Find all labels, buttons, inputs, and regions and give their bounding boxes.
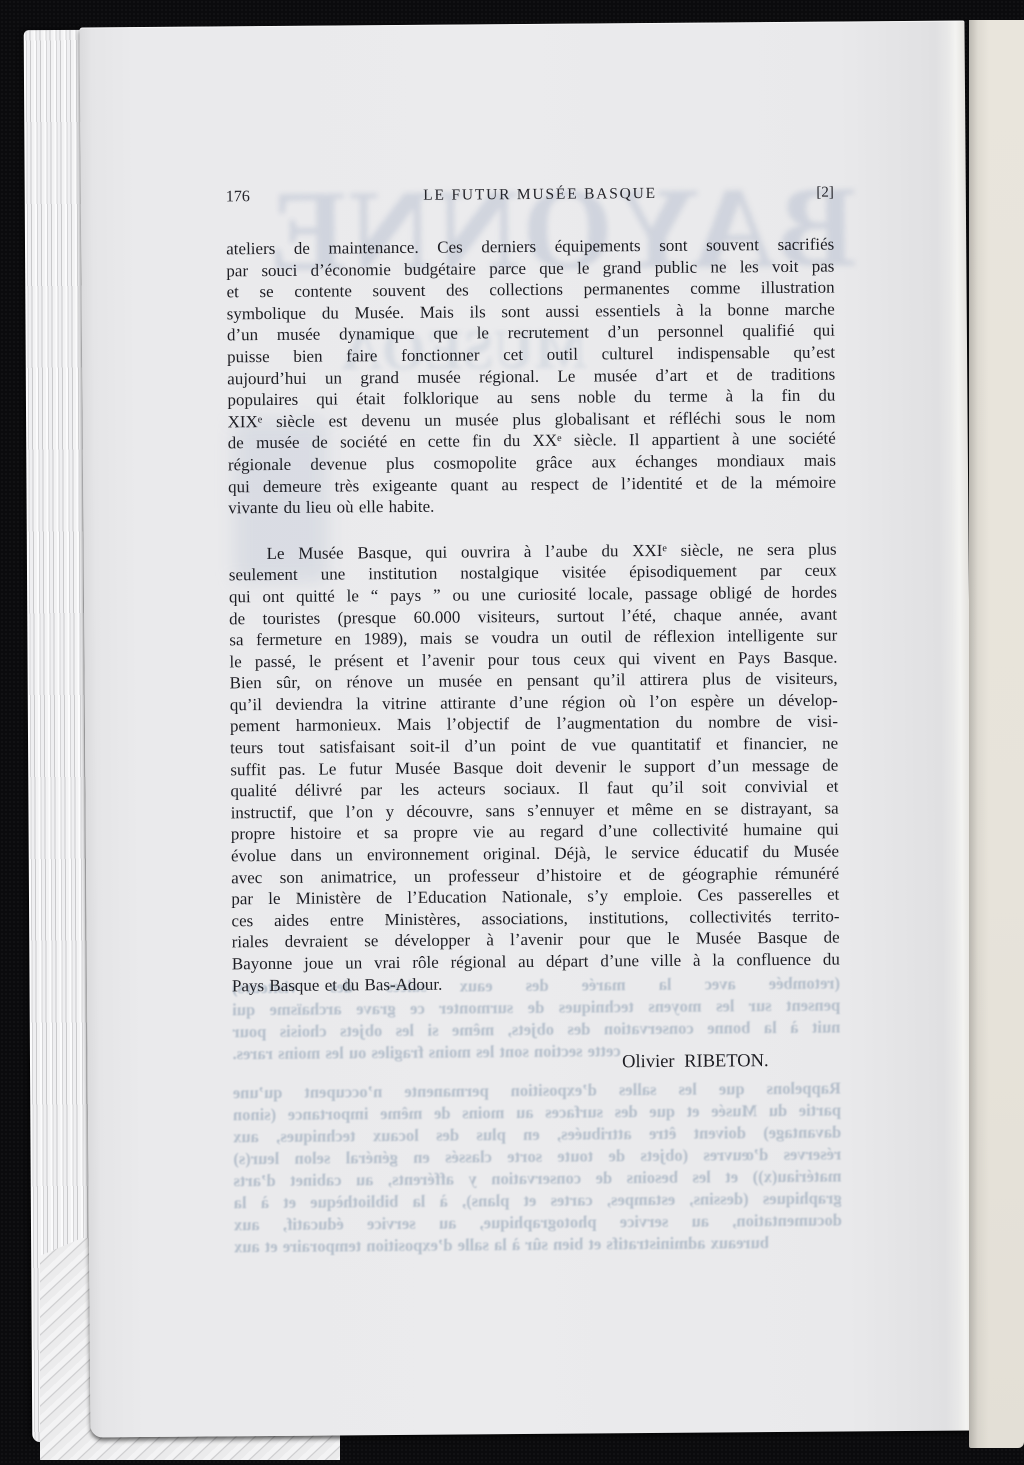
book-photograph: BAYONNE MUSEOA (retombée avec la marée d… xyxy=(0,0,1024,1465)
show-through-text-lower: Rappelons que les salles d’exposition pe… xyxy=(233,1078,842,1259)
author-signature: Olivier RIBETON. xyxy=(233,1051,841,1077)
facing-page-gutter xyxy=(969,20,1024,1448)
folio-mark: [2] xyxy=(816,185,834,202)
book-page: BAYONNE MUSEOA (retombée avec la marée d… xyxy=(79,21,975,1438)
body-text: ateliers de maintenance. Ces derniers éq… xyxy=(226,234,840,997)
text-line: bureaux administratifs et bien sûr à la … xyxy=(234,1232,842,1259)
page-number: 176 xyxy=(226,188,250,206)
paragraph: Le Musée Basque, qui ouvrira à l’aube du… xyxy=(229,538,841,996)
paragraph: ateliers de maintenance. Ces derniers éq… xyxy=(226,234,836,519)
running-title: LE FUTUR MUSÉE BASQUE xyxy=(409,185,657,205)
text-line: vivante du lieu où elle habite. xyxy=(228,493,836,519)
